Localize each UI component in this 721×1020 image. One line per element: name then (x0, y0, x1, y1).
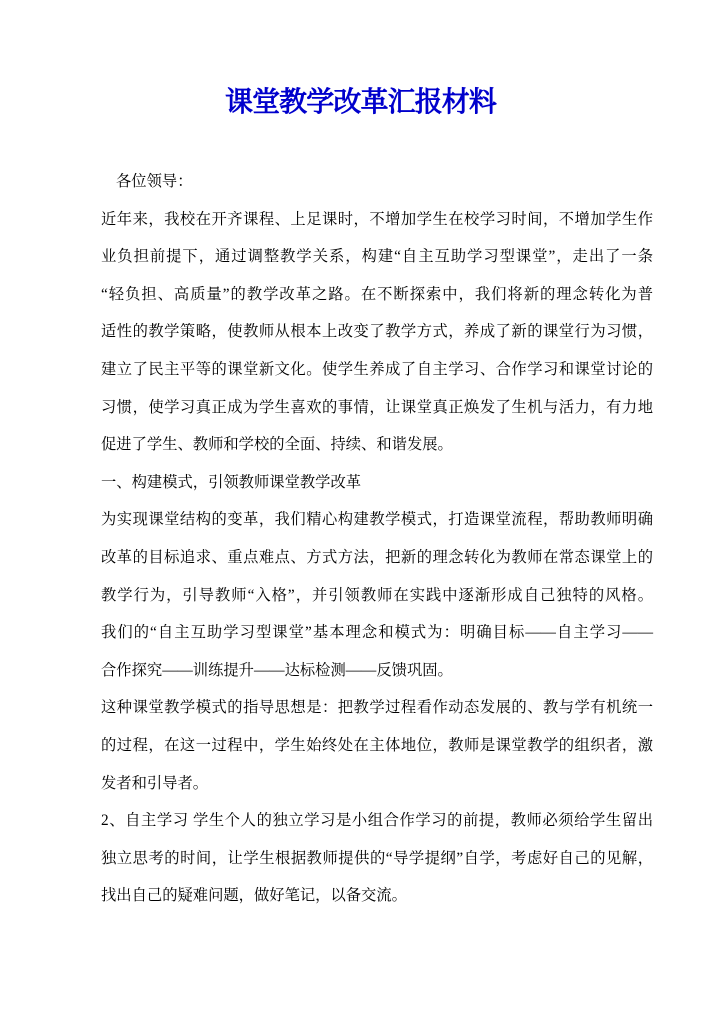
text-line: 业负担前提下，通过调整教学关系，构建“自主互助学习型课堂”，走出了一条 (101, 238, 653, 276)
text-line: 我们的“自主互助学习型课堂”基本理念和模式为：明确目标——自主学习—— (101, 614, 653, 652)
document-page: 课堂教学改革汇报材料 各位领导：近年来，我校在开齐课程、上足课时，不增加学生在校… (0, 0, 721, 1020)
document-body: 各位领导：近年来，我校在开齐课程、上足课时，不增加学生在校学习时间，不增加学生作… (101, 163, 653, 915)
text-line: 教学行为，引导教师“入格”，并引领教师在实践中逐渐形成自己独特的风格。 (101, 577, 653, 615)
text-line: “轻负担、高质量”的教学改革之路。在不断探索中，我们将新的理念转化为普 (101, 276, 653, 314)
text-line: 这种课堂教学模式的指导思想是：把教学过程看作动态发展的、教与学有机统一 (101, 689, 653, 727)
text-line: 一、构建模式，引领教师课堂教学改革 (101, 464, 653, 502)
text-line: 独立思考的时间，让学生根据教师提供的“导学提纲”自学，考虑好自己的见解， (101, 840, 653, 878)
text-line: 促进了学生、教师和学校的全面、持续、和谐发展。 (101, 426, 653, 464)
text-line: 为实现课堂结构的变革，我们精心构建教学模式，打造课堂流程，帮助教师明确 (101, 501, 653, 539)
text-line: 合作探究——训练提升——达标检测——反馈巩固。 (101, 652, 653, 690)
text-line: 2、自主学习 学生个人的独立学习是小组合作学习的前提，教师必须给学生留出 (101, 802, 653, 840)
text-line: 的过程，在这一过程中，学生始终处在主体地位，教师是课堂教学的组织者，激 (101, 727, 653, 765)
text-line: 习惯，使学习真正成为学生喜欢的事情，让课堂真正焕发了生机与活力，有力地 (101, 389, 653, 427)
text-line: 近年来，我校在开齐课程、上足课时，不增加学生在校学习时间，不增加学生作 (101, 201, 653, 239)
text-line: 发者和引导者。 (101, 765, 653, 803)
text-line: 建立了民主平等的课堂新文化。使学生养成了自主学习、合作学习和课堂讨论的 (101, 351, 653, 389)
text-line: 适性的教学策略，使教师从根本上改变了教学方式，养成了新的课堂行为习惯， (101, 313, 653, 351)
text-line: 改革的目标追求、重点难点、方式方法，把新的理念转化为教师在常态课堂上的 (101, 539, 653, 577)
document-title: 课堂教学改革汇报材料 (0, 84, 721, 122)
text-line: 各位领导： (101, 163, 653, 201)
text-line: 找出自己的疑难问题，做好笔记，以备交流。 (101, 877, 653, 915)
